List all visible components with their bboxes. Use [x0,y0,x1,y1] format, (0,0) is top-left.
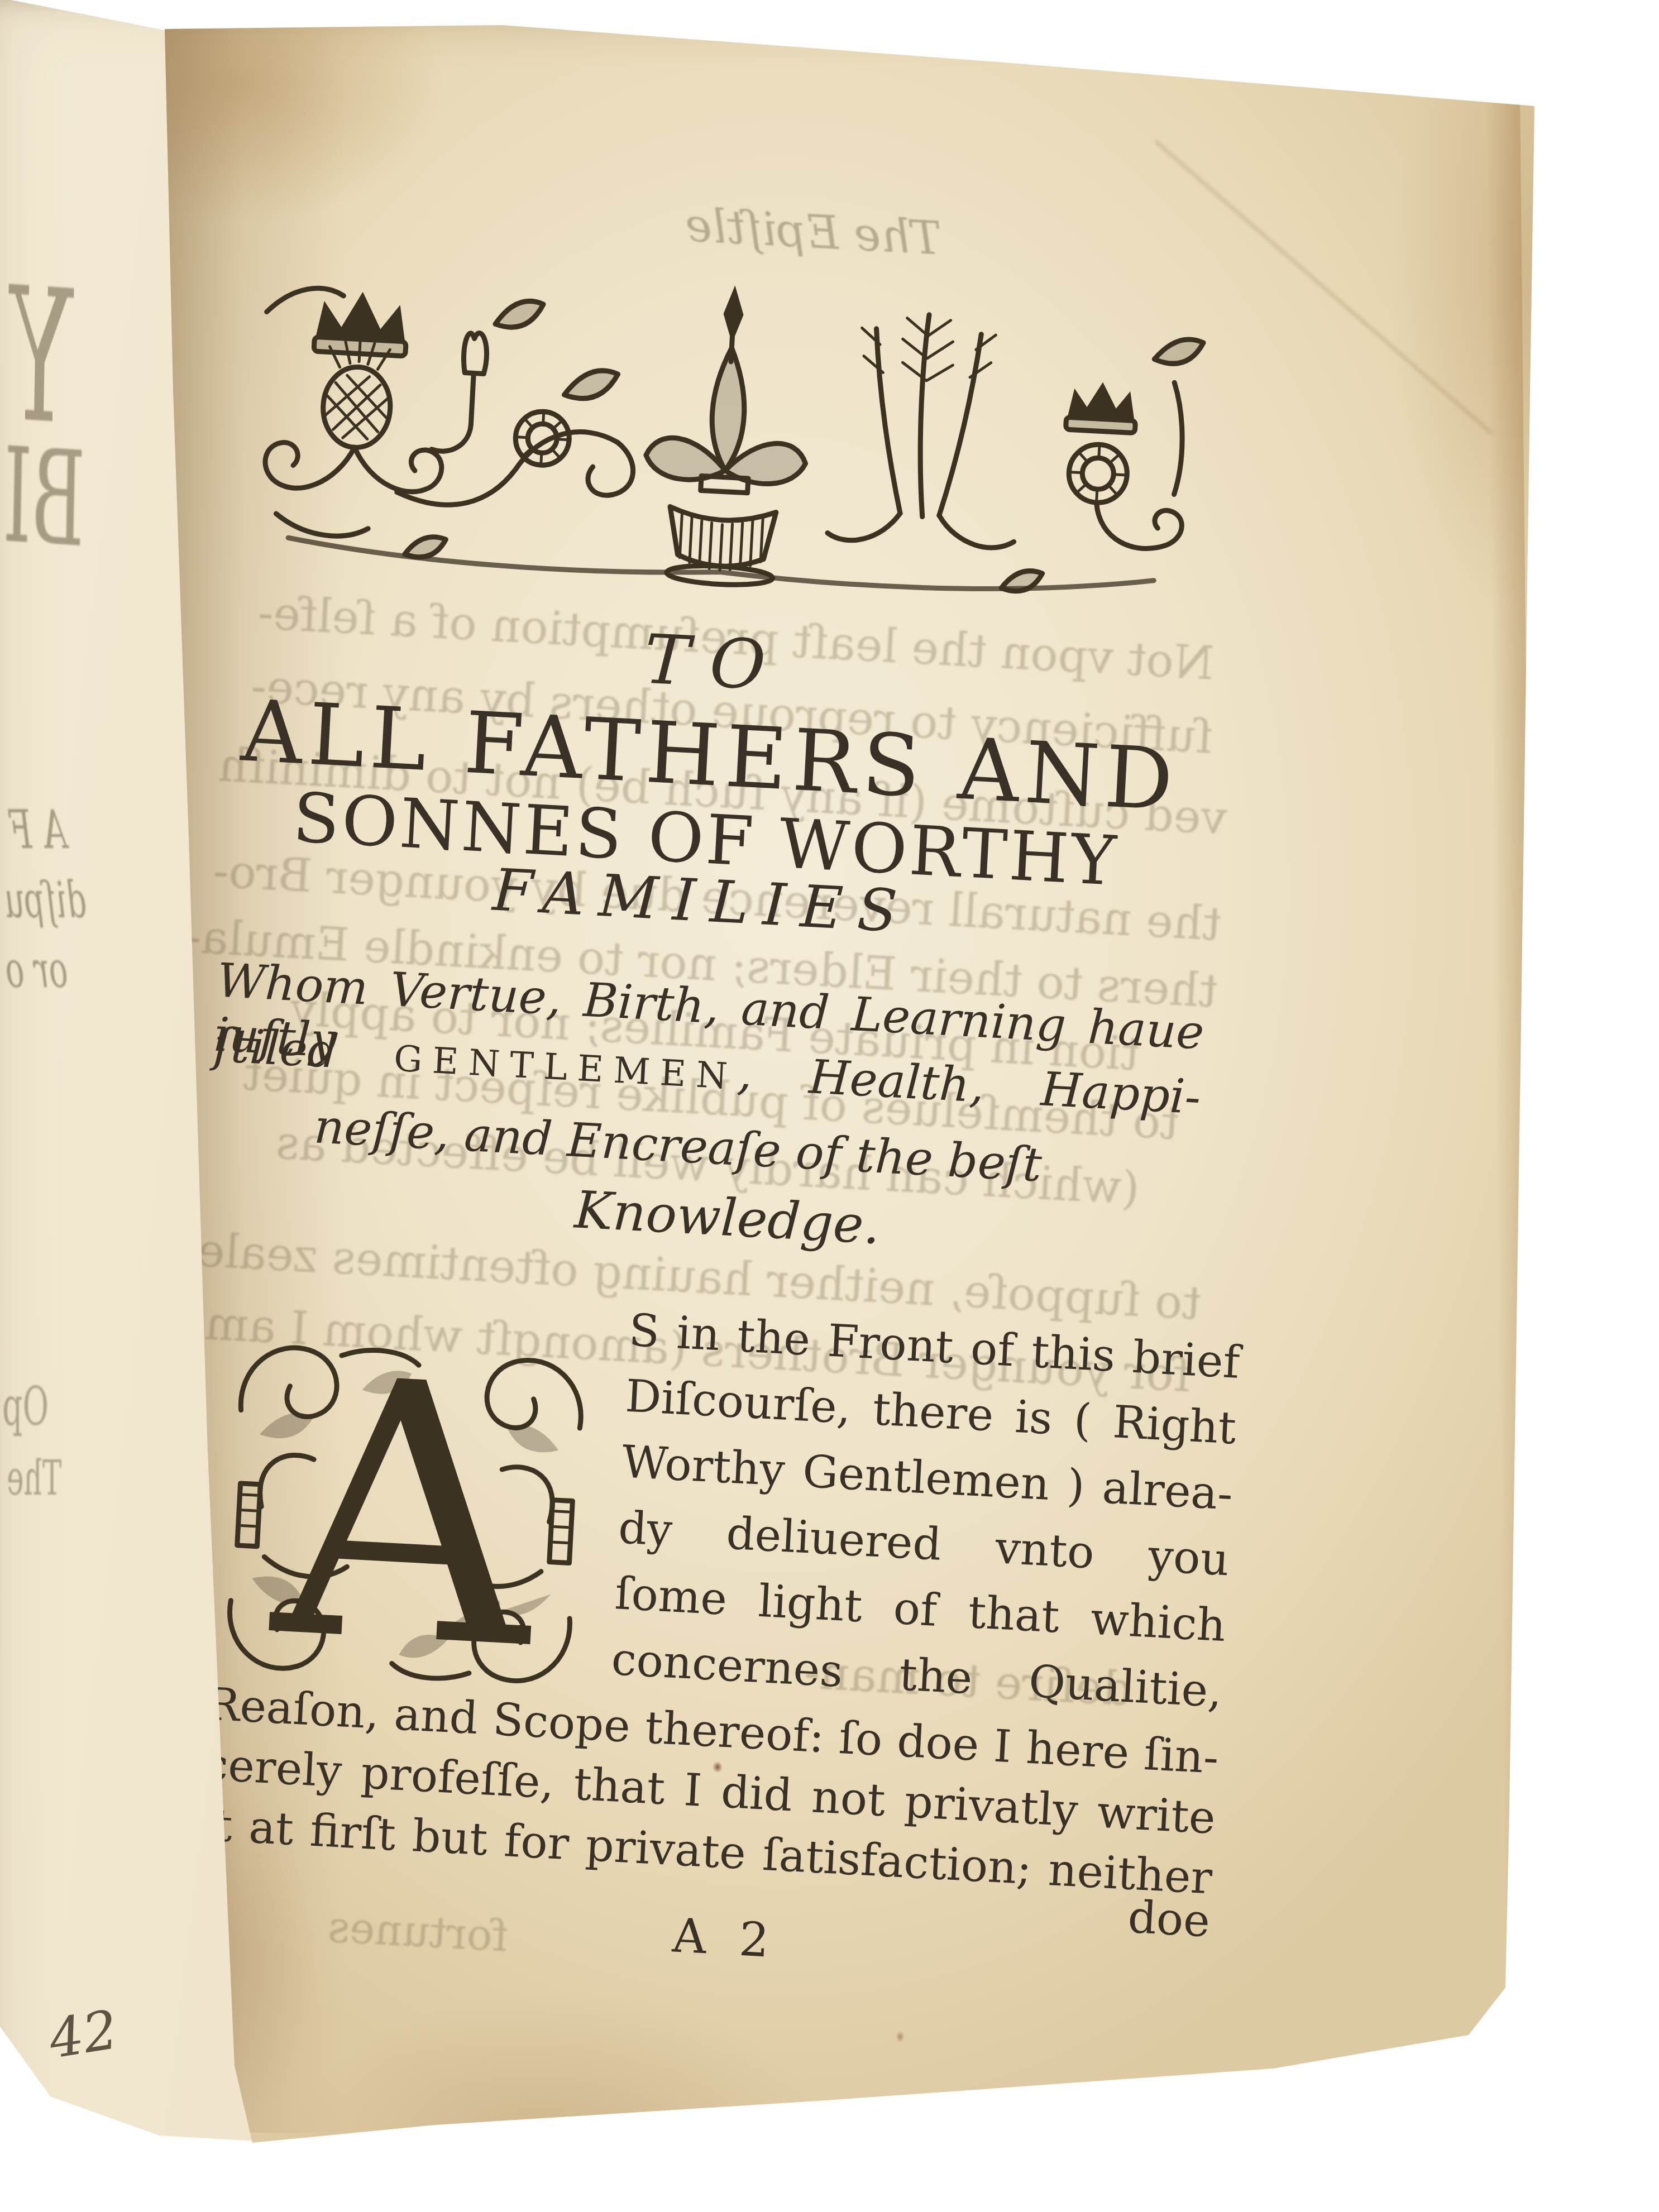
salutation-lead-text: ſtiled [212,1017,339,1079]
bleed-fragment-text: or o [6,941,68,999]
page-content: Not vpon the leaſt preſumption of a ſelf… [71,22,1327,2202]
heading-kicker-text: TO [642,620,788,706]
show-through-text: fortunes [327,1902,509,1961]
bleed-fragment: Op [2,1376,49,1438]
antique-book-photo: Y BI A F diſpu or o Op The 42 Not vpon t… [0,0,1659,2212]
catchword-text: doe [1127,1891,1211,1947]
signature-mark: A 2 [646,1907,805,1970]
bleed-fragment: or o [6,941,68,999]
bleed-letter-bi: BI [2,430,85,566]
bleed-fragment-text: Op [2,1376,49,1438]
bleed-fragment-text: The [7,1450,61,1506]
bleed-letter-bi-text: BI [2,430,85,566]
handwritten-folio-number: 42 [45,1998,122,2071]
body-paragraph: A S in the Front of this brief Diſcourſe… [207,1276,1241,1751]
signature-mark-text: A 2 [671,1908,780,1968]
bleed-fragment: The [7,1450,61,1506]
drop-cap-initial-icon: A [207,1316,604,1712]
bleed-fragment-text: A F [9,798,66,861]
bleed-fragment: diſpu [4,871,86,930]
bleed-fragment: A F [9,798,66,861]
book-page: Not vpon the leaſt preſumption of a ſelf… [0,0,1659,2212]
headpiece-ornament-icon [219,243,1235,623]
bleed-fragment-text: diſpu [4,871,86,930]
verso-running-head-text: The Epiſtle [683,199,942,265]
drop-cap-letter: A [261,1316,548,1712]
